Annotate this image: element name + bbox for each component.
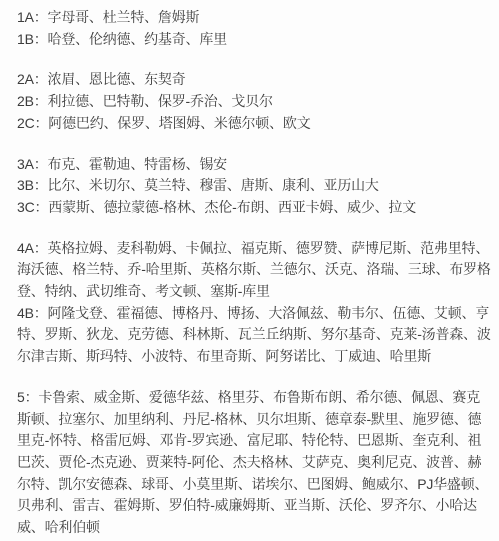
tier-label: 3B： — [17, 177, 48, 193]
tier-players: 阿德巴约、保罗、塔图姆、米德尔顿、欧文 — [48, 115, 310, 131]
tier-players: 卡鲁索、威金斯、爱德华兹、格里芬、布鲁斯布朗、希尔德、佩恩、赛克斯顿、拉塞尔、加… — [17, 389, 488, 535]
tier-row: 2C：阿德巴约、保罗、塔图姆、米德尔顿、欧文 — [17, 113, 491, 135]
tier-group: 5：卡鲁索、威金斯、爱德华兹、格里芬、布鲁斯布朗、希尔德、佩恩、赛克斯顿、拉塞尔… — [17, 387, 491, 539]
tier-label: 4B： — [17, 305, 48, 321]
tier-players: 布克、霍勒迪、特雷杨、锡安 — [48, 156, 227, 172]
tier-label: 4A： — [17, 240, 48, 256]
tier-label: 2C： — [17, 115, 48, 131]
tier-players: 哈登、伦纳德、约基奇、库里 — [48, 31, 227, 47]
tier-row: 5：卡鲁索、威金斯、爱德华兹、格里芬、布鲁斯布朗、希尔德、佩恩、赛克斯顿、拉塞尔… — [17, 387, 491, 539]
tier-group: 2A：浓眉、恩比德、东契奇 2B：利拉德、巴特勒、保罗-乔治、戈贝尔 2C：阿德… — [17, 69, 491, 134]
tier-players: 英格拉姆、麦科勒姆、卡佩拉、福克斯、德罗赞、萨博尼斯、范弗里特、海沃德、格兰特、… — [17, 240, 491, 299]
tier-label: 3A： — [17, 156, 48, 172]
tier-row: 3B：比尔、米切尔、莫兰特、穆雷、唐斯、康利、亚历山大 — [17, 175, 491, 197]
tier-row: 2A：浓眉、恩比德、东契奇 — [17, 69, 491, 91]
tier-players: 浓眉、恩比德、东契奇 — [48, 71, 186, 87]
tier-label: 5： — [17, 389, 38, 405]
tier-row: 1A：字母哥、杜兰特、詹姆斯 — [17, 7, 491, 29]
tier-list: 1A：字母哥、杜兰特、詹姆斯 1B：哈登、伦纳德、约基奇、库里 2A：浓眉、恩比… — [0, 0, 499, 539]
tier-group: 4A：英格拉姆、麦科勒姆、卡佩拉、福克斯、德罗赞、萨博尼斯、范弗里特、海沃德、格… — [17, 238, 491, 368]
tier-players: 利拉德、巴特勒、保罗-乔治、戈贝尔 — [48, 93, 273, 109]
tier-row: 1B：哈登、伦纳德、约基奇、库里 — [17, 29, 491, 51]
tier-group: 1A：字母哥、杜兰特、詹姆斯 1B：哈登、伦纳德、约基奇、库里 — [17, 7, 491, 50]
tier-players: 比尔、米切尔、莫兰特、穆雷、唐斯、康利、亚历山大 — [48, 177, 379, 193]
tier-row: 4A：英格拉姆、麦科勒姆、卡佩拉、福克斯、德罗赞、萨博尼斯、范弗里特、海沃德、格… — [17, 238, 491, 303]
tier-label: 1A： — [17, 9, 48, 25]
tier-players: 西蒙斯、德拉蒙德-格林、杰伦-布朗、西亚卡姆、威少、拉文 — [48, 199, 416, 215]
tier-label: 1B： — [17, 31, 48, 47]
tier-group: 3A：布克、霍勒迪、特雷杨、锡安 3B：比尔、米切尔、莫兰特、穆雷、唐斯、康利、… — [17, 154, 491, 219]
tier-players: 字母哥、杜兰特、詹姆斯 — [48, 9, 200, 25]
tier-row: 3A：布克、霍勒迪、特雷杨、锡安 — [17, 154, 491, 176]
tier-row: 3C：西蒙斯、德拉蒙德-格林、杰伦-布朗、西亚卡姆、威少、拉文 — [17, 197, 491, 219]
tier-label: 3C： — [17, 199, 48, 215]
tier-label: 2B： — [17, 93, 48, 109]
tier-players: 阿隆戈登、霍福德、博格丹、博扬、大洛佩兹、勒韦尔、伍德、艾顿、亨特、罗斯、狄龙、… — [17, 305, 491, 364]
tier-row: 4B：阿隆戈登、霍福德、博格丹、博扬、大洛佩兹、勒韦尔、伍德、艾顿、亨特、罗斯、… — [17, 303, 491, 368]
tier-label: 2A： — [17, 71, 48, 87]
tier-row: 2B：利拉德、巴特勒、保罗-乔治、戈贝尔 — [17, 91, 491, 113]
